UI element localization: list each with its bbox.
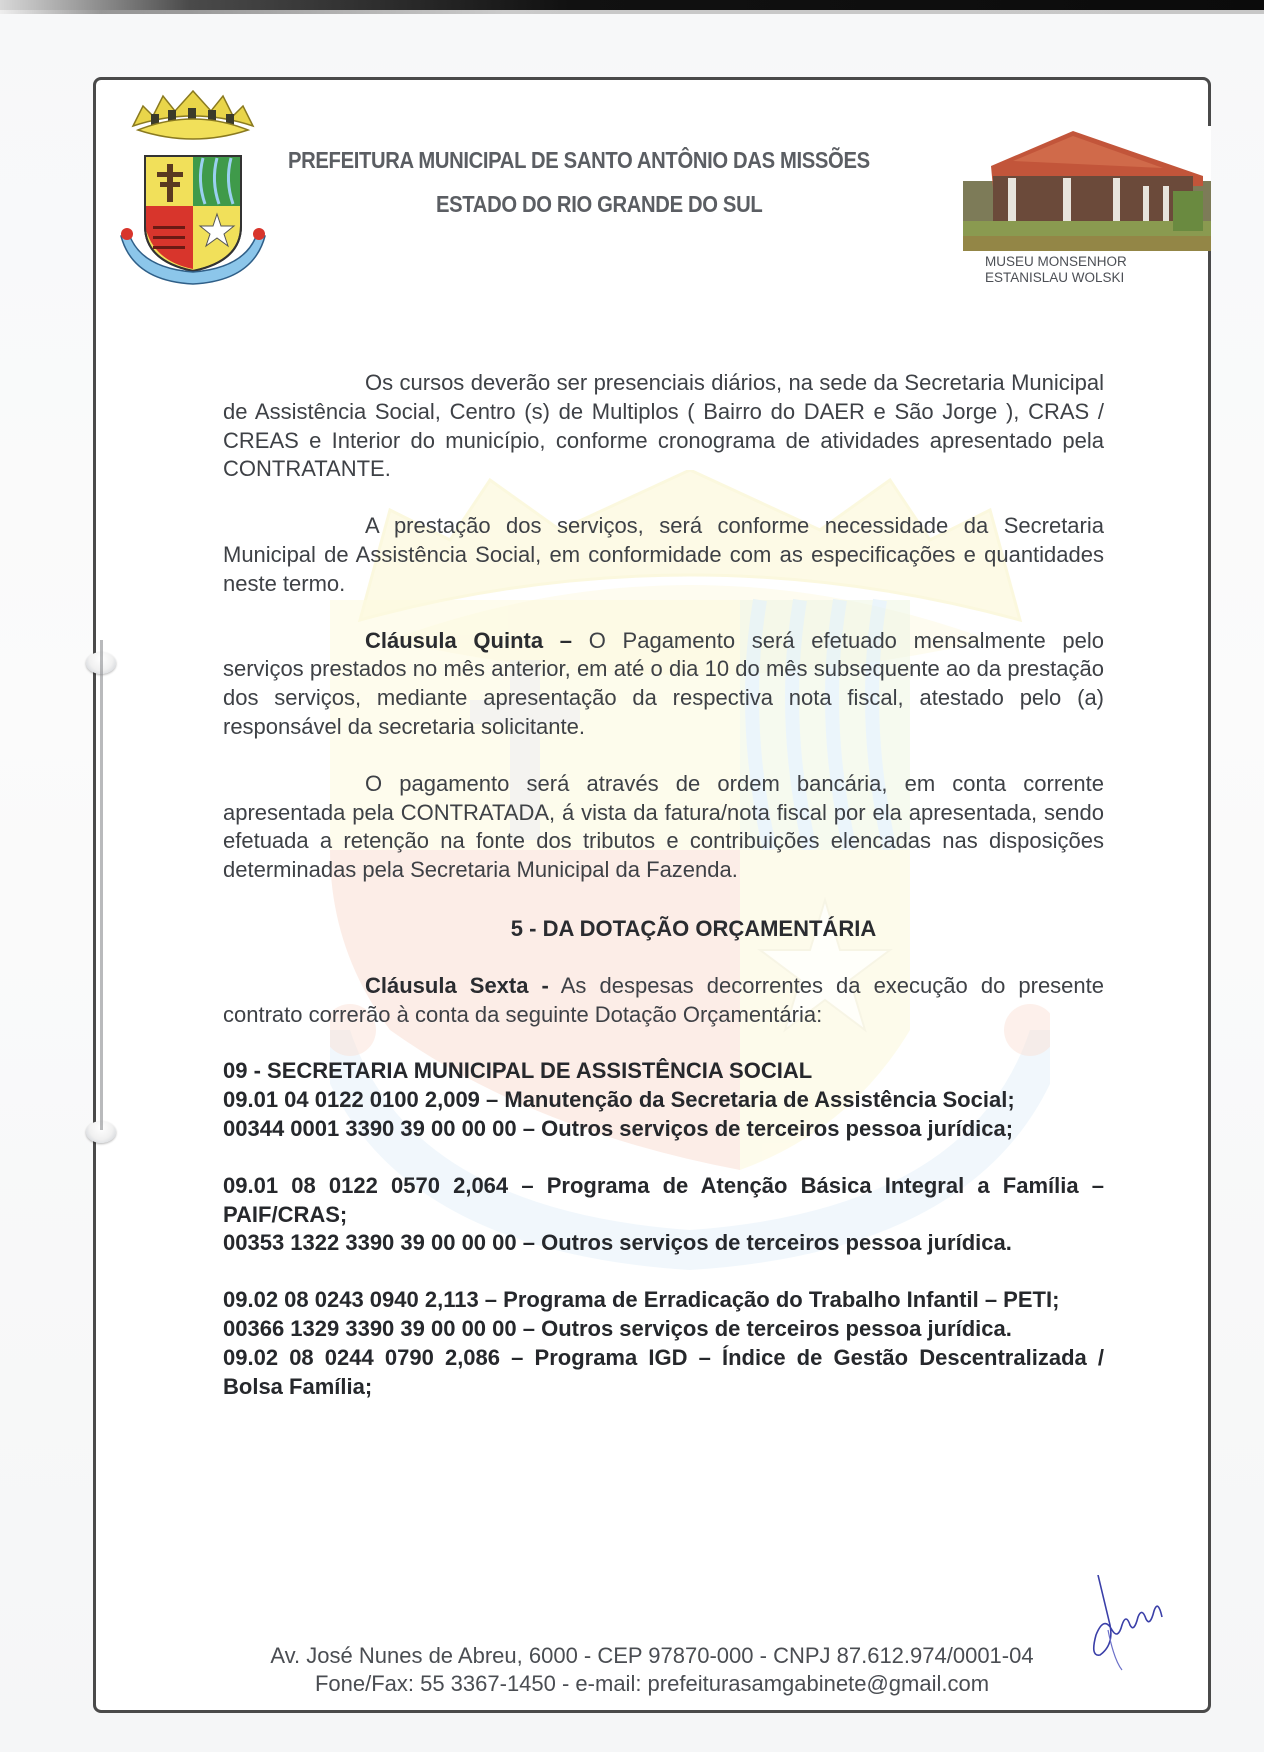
scan-top-edge xyxy=(0,0,1264,14)
paragraph-services: A prestação dos serviços, será conforme … xyxy=(223,512,1104,598)
paragraph-payment: O pagamento será através de ordem bancár… xyxy=(223,770,1104,885)
museum-caption: MUSEU MONSENHOR ESTANISLAU WOLSKI xyxy=(985,254,1185,286)
clause-fifth: Cláusula Quinta – O Pagamento será efetu… xyxy=(223,627,1104,742)
dotacao-4-programa: 09.02 08 0244 0790 2,086 – Programa IGD … xyxy=(223,1344,1104,1402)
footer-contact: Fone/Fax: 55 3367-1450 - e-mail: prefeit… xyxy=(93,1671,1211,1697)
clause-fifth-label: Cláusula Quinta – xyxy=(365,628,572,653)
clause-sixth: Cláusula Sexta - As despesas decorrentes… xyxy=(223,972,1104,1030)
dotacao-2-programa: 09.01 08 0122 0570 2,064 – Programa de A… xyxy=(223,1172,1104,1230)
dotacao-2-elemento: 00353 1322 3390 39 00 00 00 – Outros ser… xyxy=(223,1229,1104,1258)
museum-caption-line-2: ESTANISLAU WOLSKI xyxy=(985,270,1185,286)
paragraph-courses-text: Os cursos deverão ser presenciais diário… xyxy=(223,370,1104,481)
dotacao-1-programa: 09.01 04 0122 0100 2,009 – Manutenção da… xyxy=(223,1086,1104,1115)
document-body: Os cursos deverão ser presenciais diário… xyxy=(223,369,1104,1401)
secretaria-heading: 09 - SECRETARIA MUNICIPAL DE ASSISTÊNCIA… xyxy=(223,1057,1104,1086)
paragraph-courses: Os cursos deverão ser presenciais diário… xyxy=(223,369,1104,484)
clause-sixth-text: As despesas decorrentes da execução do p… xyxy=(223,973,1104,1027)
clause-sixth-label: Cláusula Sexta - xyxy=(365,973,549,998)
header-subtitle: ESTADO DO RIO GRANDE DO SUL xyxy=(436,191,762,218)
clause-fifth-text: O Pagamento será efetuado mensalmente pe… xyxy=(223,628,1104,739)
footer-address: Av. José Nunes de Abreu, 6000 - CEP 9787… xyxy=(93,1643,1211,1669)
section-title-budget: 5 - DA DOTAÇÃO ORÇAMENTÁRIA xyxy=(223,915,1104,944)
paragraph-payment-text: O pagamento será através de ordem bancár… xyxy=(223,771,1104,882)
header-title: PREFEITURA MUNICIPAL DE SANTO ANTÔNIO DA… xyxy=(288,147,869,174)
dotacao-3-programa: 09.02 08 0243 0940 2,113 – Programa de E… xyxy=(223,1286,1104,1315)
museum-caption-line-1: MUSEU MONSENHOR xyxy=(985,254,1185,270)
paragraph-services-text: A prestação dos serviços, será conforme … xyxy=(223,513,1104,596)
binder-line xyxy=(100,640,103,1130)
dotacao-1-elemento: 00344 0001 3390 39 00 00 00 – Outros ser… xyxy=(223,1115,1104,1144)
dotacao-3-elemento: 00366 1329 3390 39 00 00 00 – Outros ser… xyxy=(223,1315,1104,1344)
museum-photo-image xyxy=(963,126,1211,251)
municipal-crest-icon xyxy=(113,86,273,286)
